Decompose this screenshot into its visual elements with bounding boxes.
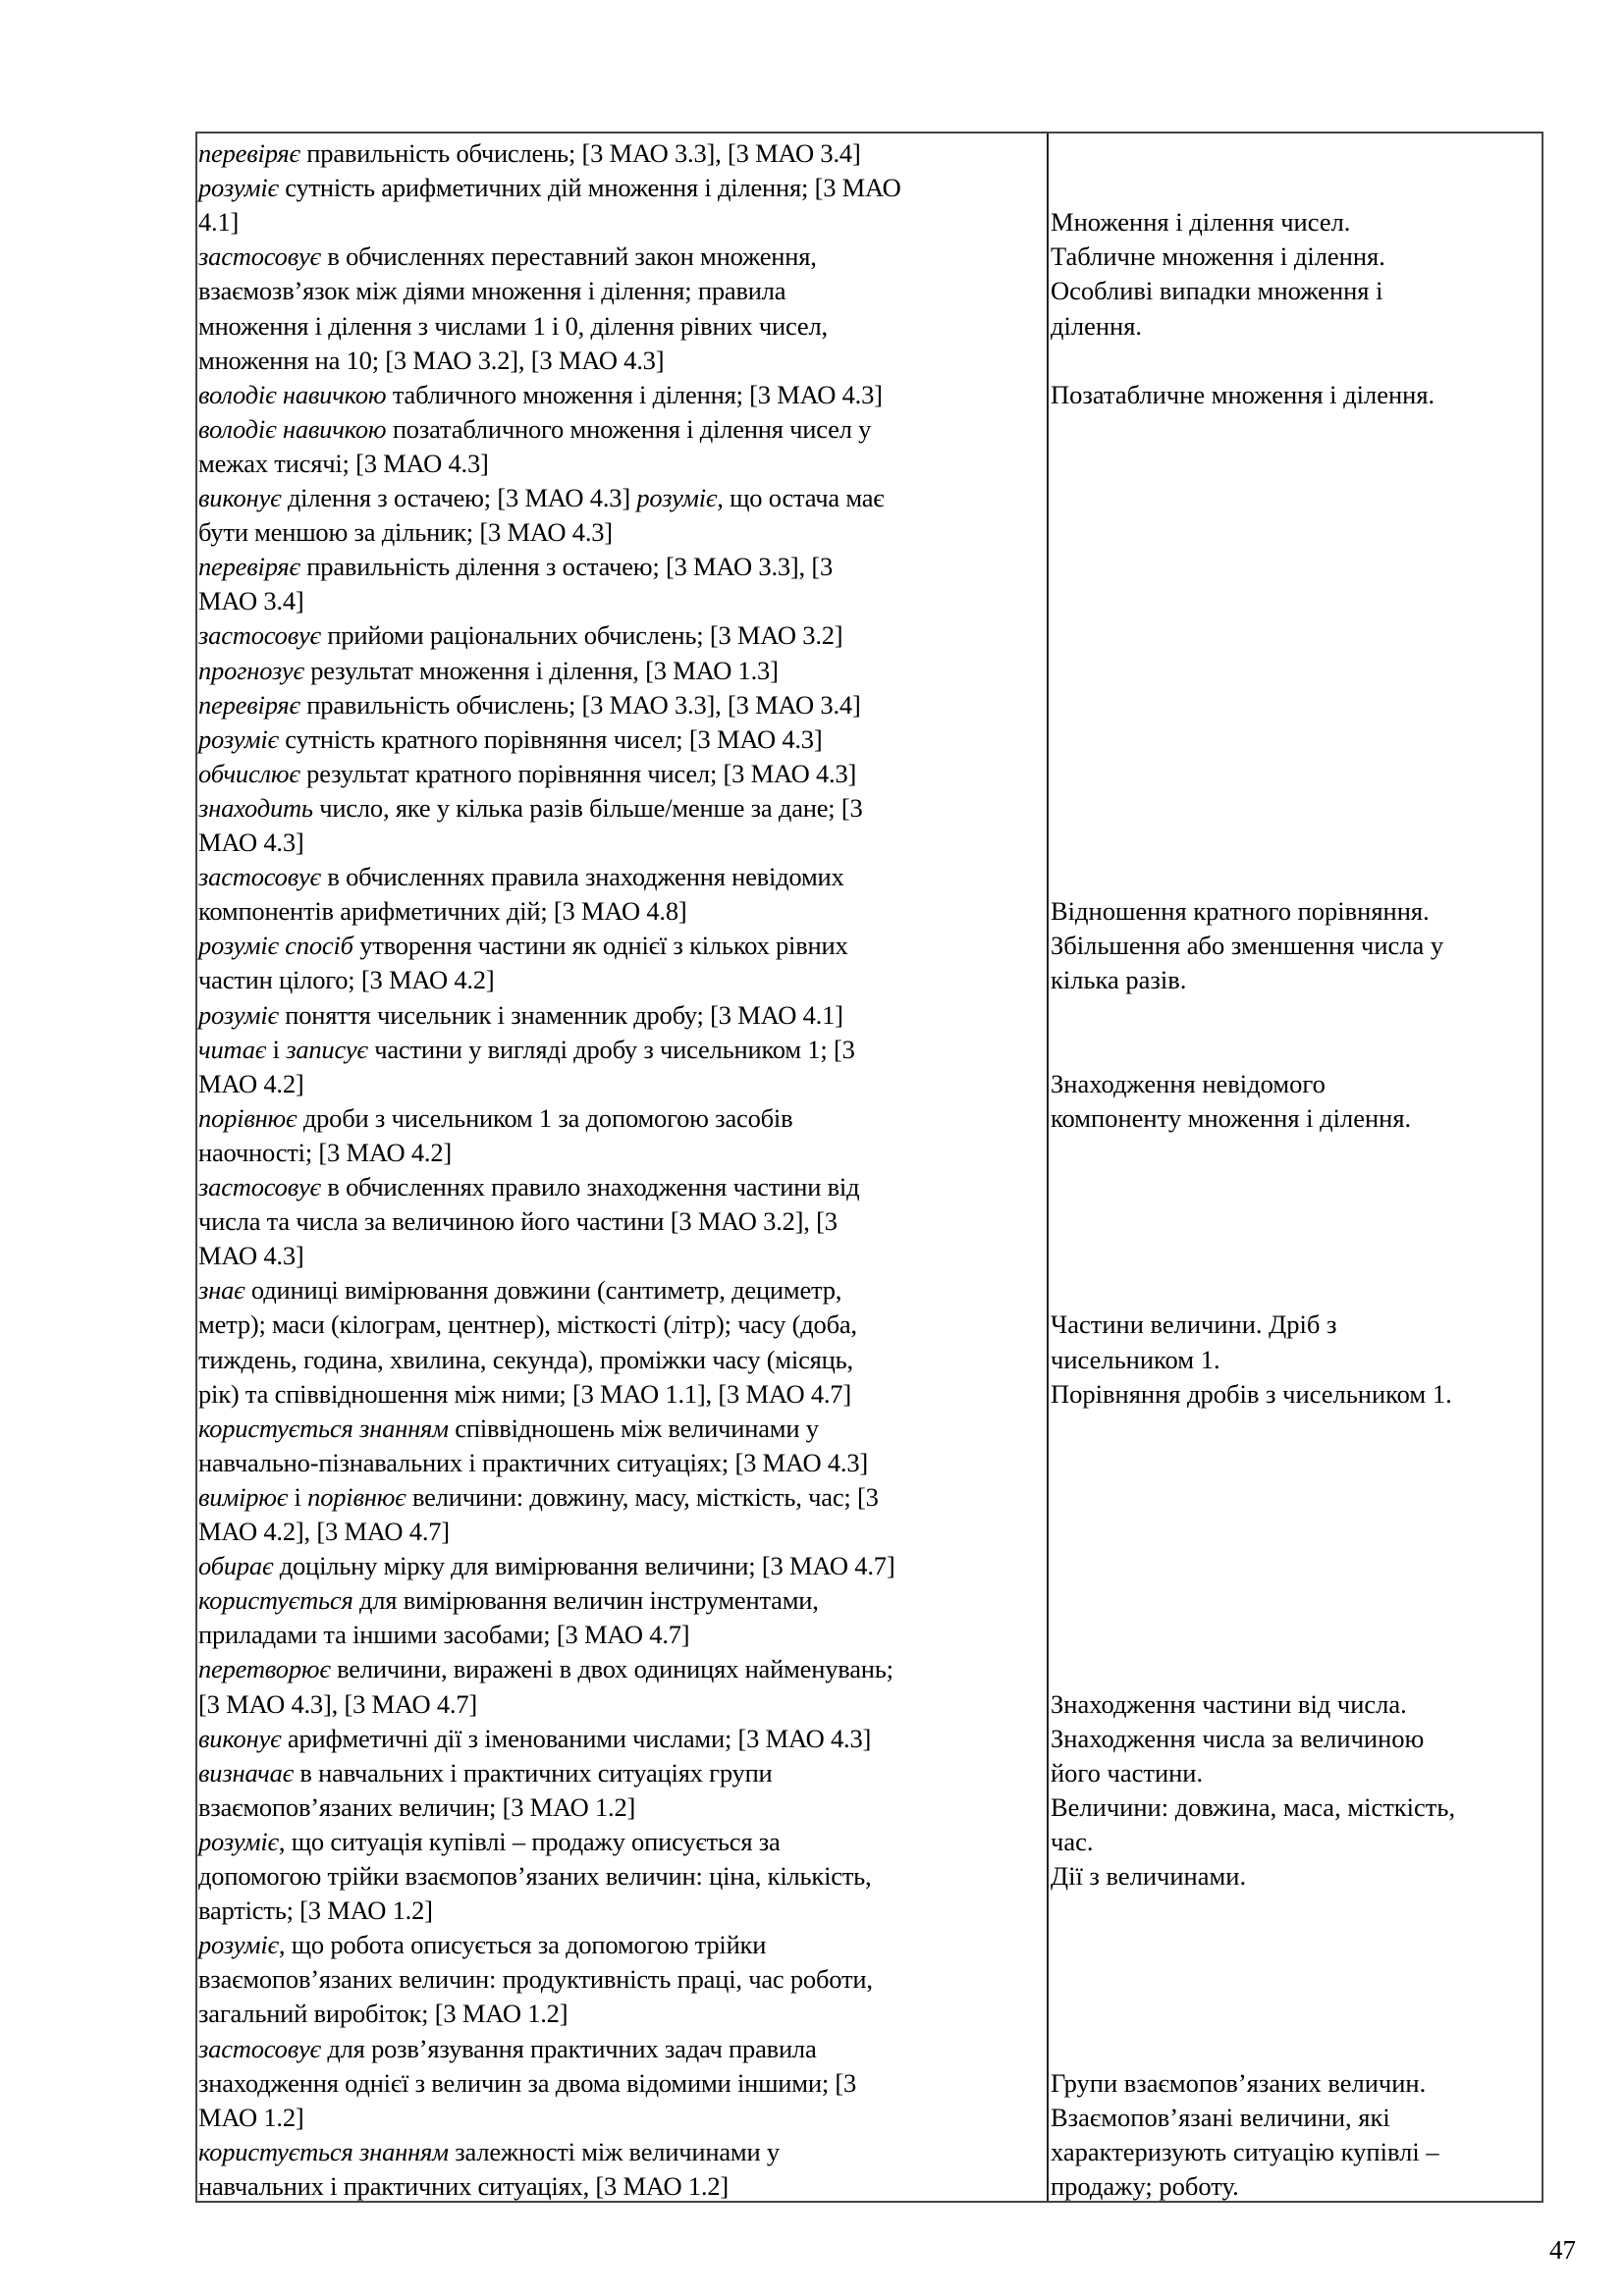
- topic-line: Збільшення або зменшення числа у: [1051, 929, 1443, 963]
- outcome-text: тиждень, година, хвилина, секунда), пром…: [198, 1345, 853, 1374]
- outcome-line: МАО 4.3]: [198, 826, 304, 860]
- outcome-text: і: [266, 1035, 286, 1064]
- outcome-text: 4.1]: [198, 207, 239, 237]
- outcome-line: користується для вимірювання величин інс…: [198, 1583, 819, 1618]
- outcome-line: перевіряє правильність обчислень; [3 МАО…: [198, 136, 861, 171]
- action-verb: користується: [198, 1585, 353, 1615]
- outcome-text: МАО 4.2]: [198, 1069, 304, 1098]
- outcome-line: застосовує для розв’язування практичних …: [198, 2032, 817, 2066]
- outcome-text: , що ситуація купівлі – продажу описуєть…: [279, 1827, 781, 1856]
- outcome-text: доцільну мірку для вимірювання величини;…: [273, 1551, 894, 1580]
- topic-line: чисельником 1.: [1051, 1343, 1220, 1377]
- outcome-line: компонентів арифметичних дій; [3 МАО 4.8…: [198, 894, 687, 929]
- outcome-text: навчально-пізнавальних і практичних ситу…: [198, 1448, 868, 1477]
- outcome-text: МАО 4.3]: [198, 828, 304, 857]
- topic-line: Величини: довжина, маса, місткість,: [1051, 1790, 1455, 1825]
- action-verb: розуміє спосіб: [198, 931, 353, 960]
- outcome-text: результат кратного порівняння чисел; [3 …: [300, 759, 856, 788]
- outcome-line: взаємозв’язок між діями множення і ділен…: [198, 274, 785, 308]
- action-verb: обирає: [198, 1551, 273, 1580]
- action-verb: перетворює: [198, 1654, 331, 1683]
- outcome-line: межах тисячі; [3 МАО 4.3]: [198, 447, 489, 481]
- outcome-line: володіє навичкою позатабличного множення…: [198, 412, 871, 447]
- topic-line: Частини величини. Дріб з: [1051, 1308, 1336, 1342]
- action-verb: розуміє: [198, 1827, 279, 1856]
- outcome-text: знаходження однієї з величин за двома ві…: [198, 2068, 856, 2098]
- action-verb: перевіряє: [198, 138, 300, 168]
- outcome-line: множення і ділення з числами 1 і 0, діле…: [198, 309, 828, 344]
- outcome-line: обчислює результат кратного порівняння ч…: [198, 757, 856, 791]
- action-verb: володіє навичкою: [198, 414, 386, 444]
- outcome-text: частини у вигляді дробу з чисельником 1;…: [368, 1035, 855, 1064]
- action-verb: розуміє: [198, 724, 279, 754]
- outcome-line: порівнює дроби з чисельником 1 за допомо…: [198, 1101, 792, 1136]
- outcome-line: розуміє, що робота описується за допомог…: [198, 1928, 766, 1962]
- outcome-line: перевіряє правильність ділення з остачею…: [198, 550, 833, 584]
- topic-line: його частини.: [1051, 1756, 1203, 1790]
- outcome-line: перетворює величини, виражені в двох оди…: [198, 1652, 893, 1686]
- outcome-line: частин цілого; [3 МАО 4.2]: [198, 963, 494, 997]
- outcome-text: правильність ділення з остачею; [3 МАО 3…: [300, 552, 833, 581]
- outcome-line: обирає доцільну мірку для вимірювання ве…: [198, 1549, 894, 1583]
- outcome-text: МАО 4.3]: [198, 1241, 304, 1270]
- outcome-text: величини, виражені в двох одиницях найме…: [331, 1654, 893, 1683]
- outcome-text: МАО 4.2], [3 МАО 4.7]: [198, 1517, 450, 1546]
- topic-line: Табличне множення і ділення.: [1051, 240, 1385, 274]
- outcome-text: дроби з чисельником 1 за допомогою засоб…: [297, 1103, 792, 1133]
- outcome-text: в обчисленнях правила знаходження невідо…: [321, 862, 844, 891]
- outcome-text: співвідношень між величинами у: [449, 1414, 819, 1443]
- action-verb: вимірює: [198, 1482, 288, 1512]
- outcome-text: , що остача має: [717, 483, 884, 512]
- outcome-text: одиниці вимірювання довжини (сантиметр, …: [245, 1275, 842, 1305]
- action-verb: застосовує: [198, 2034, 321, 2063]
- outcome-line: взаємопов’язаних величин; [3 МАО 1.2]: [198, 1790, 635, 1825]
- topic-line: Знаходження частини від числа.: [1051, 1687, 1407, 1722]
- outcome-line: виконує ділення з остачею; [3 МАО 4.3] р…: [198, 481, 884, 515]
- outcome-line: користується знанням залежності між вели…: [198, 2135, 780, 2169]
- outcome-text: наочності; [3 МАО 4.2]: [198, 1138, 452, 1167]
- outcome-text: навчальних і практичних ситуаціях, [3 МА…: [198, 2171, 729, 2201]
- outcome-text: в обчисленнях переставний закон множення…: [321, 241, 817, 271]
- outcome-line: розуміє сутність кратного порівняння чис…: [198, 722, 822, 757]
- outcome-line: застосовує в обчисленнях правило знаходж…: [198, 1170, 859, 1204]
- outcome-text: числа та числа за величиною його частини…: [198, 1206, 838, 1236]
- outcome-text: МАО 3.4]: [198, 586, 304, 615]
- topic-line: кілька разів.: [1051, 963, 1186, 997]
- outcome-line: [3 МАО 4.3], [3 МАО 4.7]: [198, 1687, 477, 1722]
- outcome-line: числа та числа за величиною його частини…: [198, 1204, 838, 1239]
- outcome-line: перевіряє правильність обчислень; [3 МАО…: [198, 688, 861, 722]
- action-verb: користується знанням: [198, 1414, 449, 1443]
- outcome-line: застосовує прийоми раціональних обчислен…: [198, 618, 842, 653]
- outcome-text: множення і ділення з числами 1 і 0, діле…: [198, 311, 828, 341]
- outcome-line: допомогою трійки взаємопов’язаних величи…: [198, 1859, 871, 1894]
- outcome-text: взаємопов’язаних величин: продуктивність…: [198, 1964, 873, 1994]
- action-verb: читає: [198, 1035, 266, 1064]
- outcome-line: прогнозує результат множення і ділення, …: [198, 654, 779, 688]
- outcome-text: для вимірювання величин інструментами,: [353, 1585, 819, 1615]
- action-verb: прогнозує: [198, 656, 304, 685]
- outcome-line: МАО 4.3]: [198, 1239, 304, 1273]
- outcome-line: читає і записує частини у вигляді дробу …: [198, 1033, 855, 1067]
- outcome-text: поняття чисельник і знаменник дробу; [3 …: [279, 1000, 843, 1030]
- outcome-text: правильність обчислень; [3 МАО 3.3], [3 …: [300, 690, 861, 720]
- outcome-line: загальний виробіток; [3 МАО 1.2]: [198, 1997, 568, 2031]
- outcome-line: знає одиниці вимірювання довжини (сантим…: [198, 1273, 841, 1308]
- action-verb: розуміє: [198, 173, 279, 202]
- outcome-text: бути меншою за дільник; [3 МАО 4.3]: [198, 517, 613, 547]
- outcome-line: бути меншою за дільник; [3 МАО 4.3]: [198, 515, 613, 550]
- outcome-line: метр); маси (кілограм, центнер), місткос…: [198, 1308, 857, 1342]
- outcome-text: табличного множення і ділення; [3 МАО 4.…: [386, 380, 882, 409]
- topic-line: ділення.: [1051, 309, 1142, 344]
- action-verb: розуміє: [636, 483, 717, 512]
- outcome-line: взаємопов’язаних величин: продуктивність…: [198, 1962, 873, 1997]
- outcome-text: приладами та іншими засобами; [3 МАО 4.7…: [198, 1620, 689, 1649]
- outcome-text: допомогою трійки взаємопов’язаних величи…: [198, 1861, 871, 1891]
- outcome-line: розуміє спосіб утворення частини як одні…: [198, 929, 848, 963]
- outcome-line: МАО 1.2]: [198, 2101, 304, 2135]
- action-verb: розуміє: [198, 1930, 279, 1959]
- outcome-text: [3 МАО 4.3], [3 МАО 4.7]: [198, 1689, 477, 1719]
- outcome-text: арифметичні дії з іменованими числами; […: [281, 1724, 871, 1753]
- topic-line: Порівняння дробів з чисельником 1.: [1051, 1377, 1452, 1412]
- outcome-line: МАО 3.4]: [198, 584, 304, 618]
- outcome-line: навчальних і практичних ситуаціях, [3 МА…: [198, 2169, 729, 2204]
- action-verb: виконує: [198, 1724, 281, 1753]
- outcome-line: рік) та співвідношення між ними; [3 МАО …: [198, 1377, 851, 1412]
- topic-line: Групи взаємопов’язаних величин.: [1051, 2066, 1426, 2101]
- page-number: 47: [1549, 2235, 1576, 2265]
- outcome-line: користується знанням співвідношень між в…: [198, 1412, 819, 1446]
- curriculum-table: перевіряє правильність обчислень; [3 МАО…: [195, 132, 1543, 2203]
- outcome-text: для розв’язування практичних задач прави…: [321, 2034, 817, 2063]
- outcome-text: число, яке у кілька разів більше/менше з…: [313, 793, 863, 823]
- outcome-text: вартість; [3 МАО 1.2]: [198, 1896, 433, 1925]
- action-verb: перевіряє: [198, 690, 300, 720]
- action-verb: виконує: [198, 483, 281, 512]
- topic-line: Множення і ділення чисел.: [1051, 205, 1350, 240]
- topic-line: Відношення кратного порівняння.: [1051, 894, 1430, 929]
- outcome-line: розуміє сутність арифметичних дій множен…: [198, 171, 901, 205]
- outcome-line: множення на 10; [3 МАО 3.2], [3 МАО 4.3]: [198, 344, 664, 378]
- outcome-line: визначає в навчальних і практичних ситуа…: [198, 1756, 773, 1790]
- topic-line: продажу; роботу.: [1051, 2169, 1239, 2204]
- action-verb: застосовує: [198, 1172, 321, 1201]
- action-verb: застосовує: [198, 862, 321, 891]
- outcome-text: , що робота описується за допомогою трій…: [279, 1930, 766, 1959]
- outcome-line: 4.1]: [198, 205, 239, 240]
- outcome-text: частин цілого; [3 МАО 4.2]: [198, 965, 494, 994]
- outcome-text: взаємозв’язок між діями множення і ділен…: [198, 276, 785, 305]
- outcome-line: володіє навичкою табличного множення і д…: [198, 378, 883, 412]
- outcome-line: вартість; [3 МАО 1.2]: [198, 1894, 433, 1928]
- outcome-line: розуміє поняття чисельник і знаменник др…: [198, 998, 843, 1033]
- action-verb: знаходить: [198, 793, 313, 823]
- outcome-line: приладами та іншими засобами; [3 МАО 4.7…: [198, 1618, 689, 1652]
- action-verb: обчислює: [198, 759, 300, 788]
- outcome-text: позатабличного множення і ділення чисел …: [386, 414, 871, 444]
- outcome-line: розуміє, що ситуація купівлі – продажу о…: [198, 1825, 781, 1859]
- action-verb: записує: [286, 1035, 368, 1064]
- outcome-text: величини: довжину, масу, місткість, час;…: [406, 1482, 879, 1512]
- action-verb: перевіряє: [198, 552, 300, 581]
- outcome-line: застосовує в обчисленнях переставний зак…: [198, 240, 817, 274]
- topic-line: Знаходження невідомого: [1051, 1067, 1326, 1101]
- outcome-text: правильність обчислень; [3 МАО 3.3], [3 …: [300, 138, 861, 168]
- topic-line: Позатабличне множення і ділення.: [1051, 378, 1435, 412]
- topic-line: компоненту множення і ділення.: [1051, 1101, 1411, 1136]
- outcome-line: виконує арифметичні дії з іменованими чи…: [198, 1722, 871, 1756]
- action-verb: визначає: [198, 1758, 294, 1788]
- outcome-line: тиждень, година, хвилина, секунда), пром…: [198, 1343, 853, 1377]
- outcome-text: метр); маси (кілограм, центнер), місткос…: [198, 1309, 857, 1339]
- action-verb: знає: [198, 1275, 245, 1305]
- outcome-text: утворення частини як однієї з кількох рі…: [353, 931, 848, 960]
- outcome-line: навчально-пізнавальних і практичних ситу…: [198, 1446, 868, 1480]
- outcome-text: ділення з остачею; [3 МАО 4.3]: [281, 483, 636, 512]
- topic-line: Взаємопов’язані величини, які: [1051, 2101, 1390, 2135]
- outcome-line: наочності; [3 МАО 4.2]: [198, 1136, 452, 1170]
- outcome-text: сутність арифметичних дій множення і діл…: [279, 173, 901, 202]
- topic-line: Дії з величинами.: [1051, 1859, 1246, 1894]
- outcome-text: компонентів арифметичних дій; [3 МАО 4.8…: [198, 896, 687, 926]
- topic-line: час.: [1051, 1825, 1093, 1859]
- outcome-text: в обчисленнях правило знаходження частин…: [321, 1172, 859, 1201]
- outcome-line: вимірює і порівнює величини: довжину, ма…: [198, 1480, 879, 1515]
- action-verb: порівнює: [307, 1482, 406, 1512]
- outcome-line: застосовує в обчисленнях правила знаходж…: [198, 860, 844, 894]
- topic-line: Знаходження числа за величиною: [1051, 1722, 1424, 1756]
- action-verb: користується знанням: [198, 2137, 449, 2166]
- action-verb: застосовує: [198, 241, 321, 271]
- action-verb: застосовує: [198, 620, 321, 650]
- outcome-line: знаходить число, яке у кілька разів біль…: [198, 791, 863, 826]
- outcome-text: загальний виробіток; [3 МАО 1.2]: [198, 1999, 568, 2028]
- column-divider: [1047, 133, 1049, 2201]
- outcome-text: і: [288, 1482, 307, 1512]
- outcome-line: знаходження однієї з величин за двома ві…: [198, 2066, 856, 2101]
- outcome-text: взаємопов’язаних величин; [3 МАО 1.2]: [198, 1792, 635, 1822]
- outcome-text: сутність кратного порівняння чисел; [3 М…: [279, 724, 823, 754]
- outcome-text: прийоми раціональних обчислень; [3 МАО 3…: [321, 620, 843, 650]
- outcome-text: межах тисячі; [3 МАО 4.3]: [198, 449, 489, 478]
- outcome-line: МАО 4.2], [3 МАО 4.7]: [198, 1515, 450, 1549]
- outcome-text: результат множення і ділення, [3 МАО 1.3…: [304, 656, 779, 685]
- outcome-text: рік) та співвідношення між ними; [3 МАО …: [198, 1379, 851, 1409]
- action-verb: розуміє: [198, 1000, 279, 1030]
- outcome-text: множення на 10; [3 МАО 3.2], [3 МАО 4.3]: [198, 346, 664, 375]
- outcome-text: залежності між величинами у: [449, 2137, 780, 2166]
- outcome-text: в навчальних і практичних ситуаціях груп…: [294, 1758, 773, 1788]
- topic-line: характеризують ситуацію купівлі –: [1051, 2135, 1439, 2169]
- topic-line: Особливі випадки множення і: [1051, 274, 1382, 308]
- outcome-line: МАО 4.2]: [198, 1067, 304, 1101]
- outcome-text: МАО 1.2]: [198, 2103, 304, 2132]
- action-verb: порівнює: [198, 1103, 297, 1133]
- action-verb: володіє навичкою: [198, 380, 386, 409]
